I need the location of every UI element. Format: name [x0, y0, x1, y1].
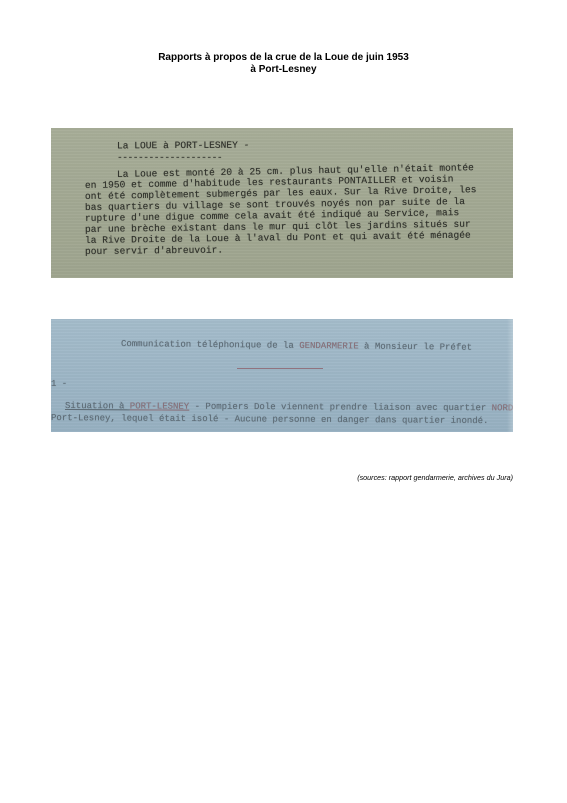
title-line-2: à Port-Lesney	[0, 64, 567, 76]
item-number: 1 -	[51, 379, 67, 390]
situation-line-1: Situation à PORT-LESNEY - Pompiers Dole …	[65, 401, 513, 414]
heading-rule	[237, 368, 323, 369]
communication-heading: Communication téléphonique de la GENDARM…	[121, 339, 472, 354]
situation-label: Situation à	[65, 401, 130, 411]
scanned-report-loue: La LOUE à PORT-LESNEY - ----------------…	[51, 128, 513, 278]
situation-text: - Pompiers Dole viennent prendre liaison…	[189, 402, 492, 414]
title-line-1: Rapports à propos de la crue de la Loue …	[0, 52, 567, 64]
document-title: Rapports à propos de la crue de la Loue …	[0, 52, 567, 76]
situation-line-2: Port-Lesney, lequel était isolé - Aucune…	[51, 413, 489, 427]
comm-suffix: à Monsieur le Préfet	[359, 341, 473, 352]
sources-caption: (sources: rapport gendarmerie, archives …	[357, 473, 513, 482]
comm-gendarmerie: GENDARMERIE	[299, 341, 359, 352]
heading-underline: --------------------	[117, 152, 222, 163]
comm-prefix: Communication téléphonique de la	[121, 339, 299, 351]
scanned-gendarmerie-communication: Communication téléphonique de la GENDARM…	[51, 319, 513, 432]
report-heading: La LOUE à PORT-LESNEY -	[117, 140, 249, 152]
paper-fold	[507, 319, 513, 432]
report-line: pour servir d'abreuvoir.	[85, 245, 223, 257]
situation-place: PORT-LESNEY	[130, 401, 189, 411]
